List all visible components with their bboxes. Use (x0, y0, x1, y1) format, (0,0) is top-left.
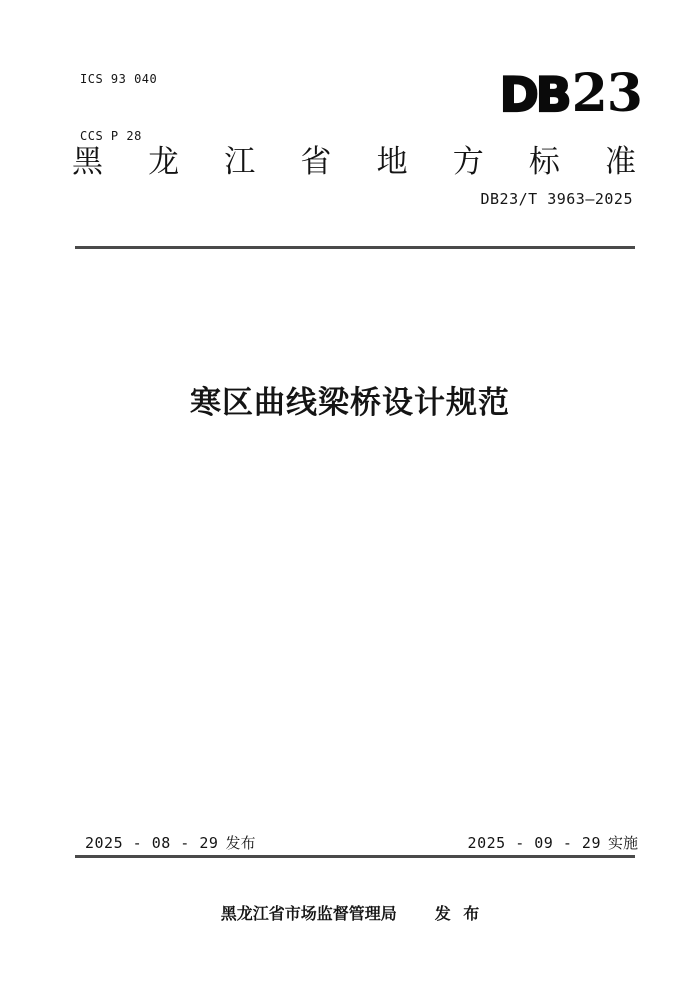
standard-name-char: 标 (529, 136, 560, 181)
standard-name-char: 龙 (148, 136, 179, 181)
bottom-horizontal-rule (75, 855, 635, 858)
issue-date-item: 2025 - 08 - 29 发布 (85, 832, 255, 853)
implementation-date: 2025 - 09 - 29 (468, 834, 601, 852)
standard-name-char: 黑 (72, 136, 103, 181)
publisher-row: 黑龙江省市场监督管理局 发 布 (0, 901, 700, 924)
dates-row: 2025 - 08 - 29 发布 2025 - 09 - 29 实施 (85, 832, 638, 853)
document-title: 寒区曲线梁桥设计规范 (0, 377, 700, 422)
issue-label: 发布 (225, 832, 255, 853)
ics-code: ICS 93 040 (80, 70, 157, 89)
standard-name-char: 江 (224, 136, 255, 181)
standard-name-char: 地 (377, 136, 408, 181)
standard-name-char: 方 (453, 136, 484, 181)
issue-date: 2025 - 08 - 29 (85, 834, 218, 852)
standard-cover-page: ICS 93 040 CCS P 28 DB 23 黑 龙 江 省 地 方 标 … (0, 0, 700, 990)
standard-name: 黑 龙 江 省 地 方 标 准 (72, 136, 636, 181)
logo-db-text: DB (500, 72, 569, 119)
logo-number-text: 23 (572, 68, 642, 120)
implementation-label: 实施 (608, 832, 638, 853)
top-horizontal-rule (75, 246, 635, 249)
standard-name-char: 准 (605, 136, 636, 181)
implementation-date-item: 2025 - 09 - 29 实施 (468, 832, 638, 853)
db23-logo: DB 23 (500, 68, 642, 120)
publisher-name: 黑龙江省市场监督管理局 (221, 901, 397, 924)
publisher-action: 发 布 (435, 901, 479, 924)
standard-number: DB23/T 3963—2025 (481, 190, 634, 208)
standard-name-char: 省 (300, 136, 331, 181)
